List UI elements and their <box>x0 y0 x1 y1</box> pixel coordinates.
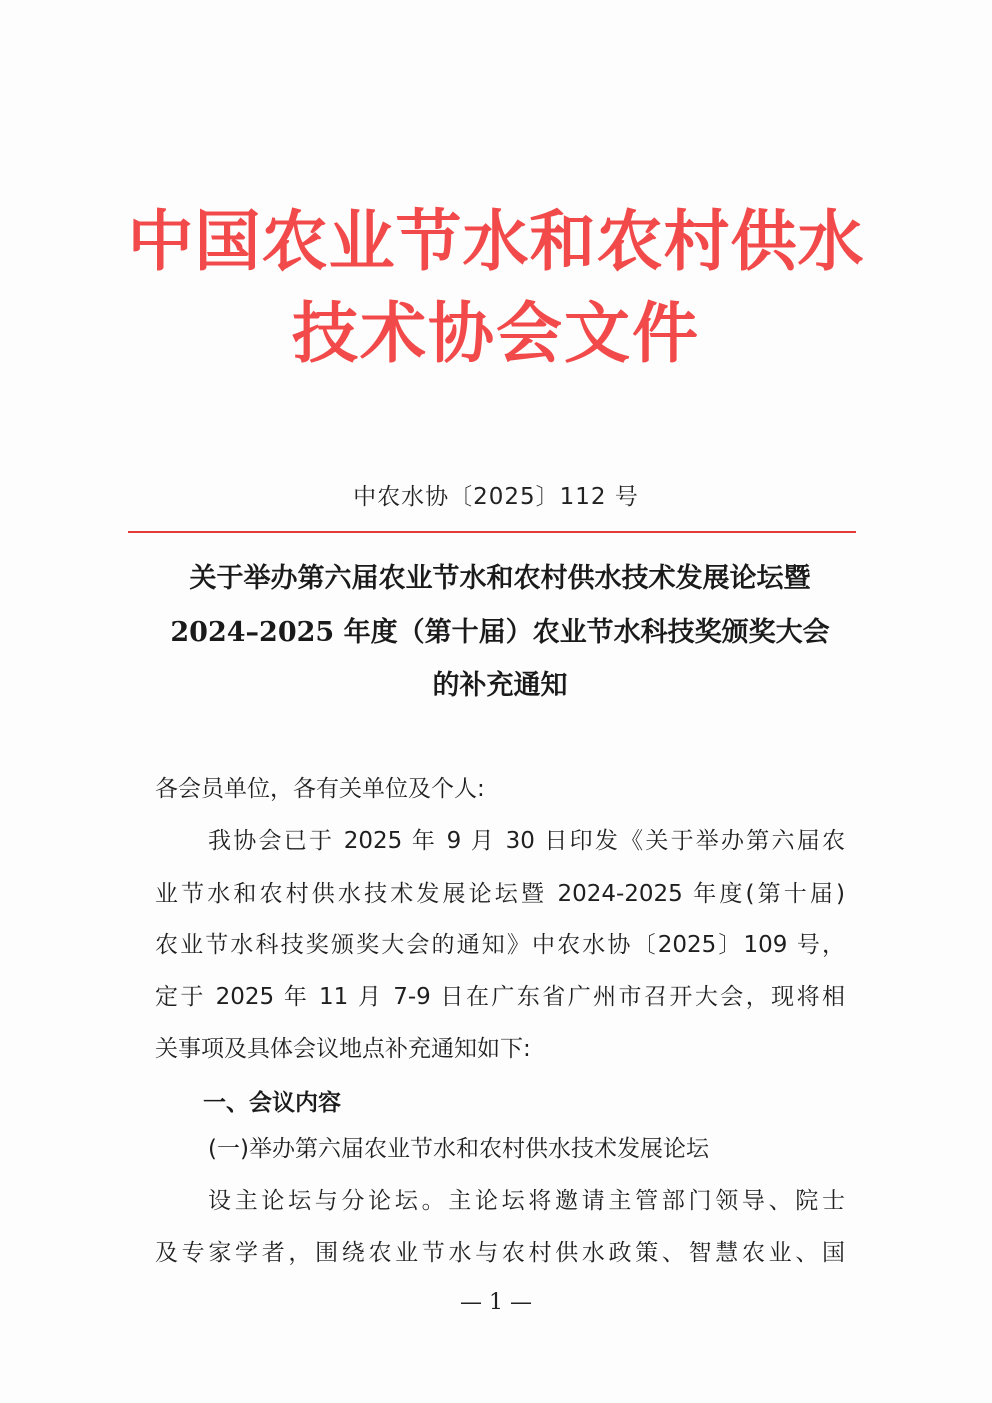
document-page: 中国农业节水和农村供水 技术协会文件 中农水协〔2025〕112 号 关于举办第… <box>0 0 992 1403</box>
paragraph-line: 关事项及具体会议地点补充通知如下: <box>155 1038 845 1061</box>
paragraph-line: 及专家学者，围绕农业节水与农村供水政策、智慧农业、国 <box>155 1242 845 1265</box>
page-number: — 1 — <box>0 1290 992 1315</box>
document-number: 中农水协〔2025〕112 号 <box>0 478 992 511</box>
paragraph-line: 定于 2025 年 11 月 7-9 日在广东省广州市召开大会，现将相 <box>155 986 845 1009</box>
paragraph-line: 设主论坛与分论坛。主论坛将邀请主管部门领导、院士 <box>208 1190 845 1213</box>
section-heading: 一、会议内容 <box>203 1084 341 1117</box>
letterhead-title-line1: 中国农业节水和农村供水 <box>0 208 992 274</box>
subsection-heading: (一)举办第六届农业节水和农村供水技术发展论坛 <box>208 1138 898 1161</box>
paragraph-line: 业节水和农村供水技术发展论坛暨 2024-2025 年度(第十届) <box>155 883 845 906</box>
notice-title-line3: 的补充通知 <box>150 672 850 699</box>
red-divider-line <box>128 531 856 533</box>
salutation: 各会员单位，各有关单位及个人: <box>155 778 845 801</box>
paragraph-line: 我协会已于 2025 年 9 月 30 日印发《关于举办第六届农 <box>208 830 845 853</box>
notice-title-line2: 2024–2025 年度（第十届）农业节水科技奖颁奖大会 <box>150 619 850 646</box>
paragraph-line: 农业节水科技奖颁奖大会的通知》中农水协〔2025〕109 号， <box>155 934 845 957</box>
letterhead-title-line2: 技术协会文件 <box>0 300 992 366</box>
notice-title-line1: 关于举办第六届农业节水和农村供水技术发展论坛暨 <box>150 565 850 592</box>
